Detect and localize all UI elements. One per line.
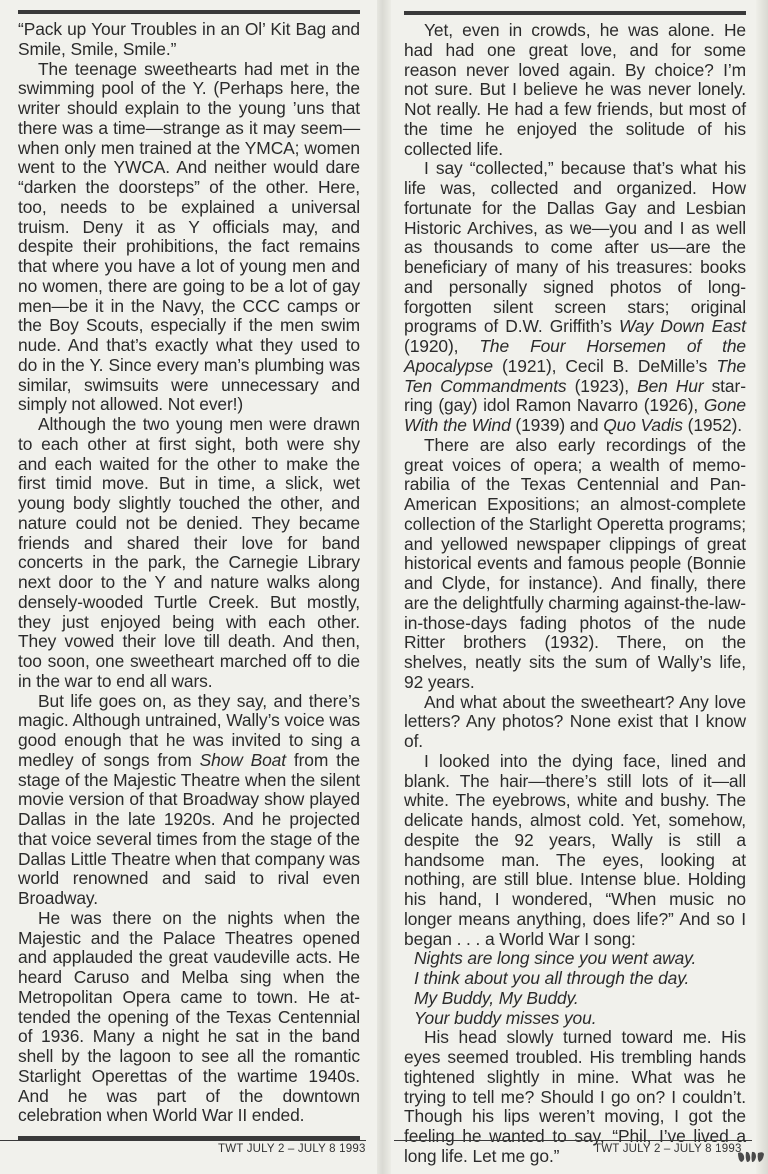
page-edge: [756, 0, 768, 1174]
text-span: from the stage of the Majestic Theatre w…: [18, 750, 360, 908]
right-column: Yet, even in crowds, he was alone. He ha…: [404, 0, 746, 1174]
paragraph: I looked into the dying face, lined and …: [404, 752, 746, 950]
lyric-line: I think about you all through the day.: [414, 969, 746, 989]
film-title: Ben Hur: [637, 376, 703, 396]
paragraph: Although the two young men were drawn to…: [18, 415, 360, 692]
text-span: (1939) and: [511, 415, 604, 435]
footer-issue-date: TWT JULY 2 – JULY 8 1993: [218, 1143, 366, 1155]
lyric-line: My Buddy, My Buddy.: [414, 989, 746, 1009]
top-rule: [18, 10, 360, 14]
lyric-line: Your buddy misses you.: [414, 1009, 746, 1029]
lyric-line: Nights are long since you went away.: [414, 949, 746, 969]
show-title: Show Boat: [200, 750, 286, 770]
left-column: “Pack up Your Troubles in an Ol’ Kit Bag…: [18, 0, 360, 1140]
film-title: Quo Vadis: [603, 415, 683, 435]
paragraph: I say “collected,” because that’s what h…: [404, 159, 746, 436]
top-rule: [404, 11, 746, 15]
text-span: I say “collected,” because that’s what h…: [404, 158, 746, 336]
song-lyrics: Nights are long since you went away. I t…: [404, 949, 746, 1028]
text-span: (1921), Cecil B. DeMille’s: [493, 356, 716, 376]
page-footer-left: TWT JULY 2 – JULY 8 1993: [0, 1133, 384, 1163]
footer-rule: [0, 1140, 366, 1141]
paragraph: Yet, even in crowds, he was alone. He ha…: [404, 21, 746, 159]
paragraph: There are also early recordings of the g…: [404, 436, 746, 693]
paragraph: He was there on the nights when the Maje…: [18, 909, 360, 1126]
paragraph: And what about the sweetheart? Any love …: [404, 693, 746, 752]
text-span: (1952).: [683, 415, 742, 435]
right-article-text: Yet, even in crowds, he was alone. He ha…: [404, 21, 746, 1167]
page-seam: [377, 0, 391, 1174]
footer-rule: [394, 1140, 752, 1141]
paragraph: “Pack up Your Troubles in an Ol’ Kit Bag…: [18, 20, 360, 60]
newspaper-page: “Pack up Your Troubles in an Ol’ Kit Bag…: [0, 0, 768, 1174]
text-span: (1920),: [404, 336, 479, 356]
text-span: (1923),: [567, 376, 638, 396]
left-article-text: “Pack up Your Troubles in an Ol’ Kit Bag…: [18, 20, 360, 1126]
footer-issue-date: TWT JULY 2 – JULY 8 1993: [594, 1143, 742, 1155]
paragraph: The teenage sweethearts had met in the s…: [18, 60, 360, 416]
film-title: Way Down East: [619, 316, 746, 336]
page-footer-right: TWT JULY 2 – JULY 8 1993: [384, 1133, 768, 1163]
paragraph: But life goes on, as they say, and there…: [18, 692, 360, 909]
